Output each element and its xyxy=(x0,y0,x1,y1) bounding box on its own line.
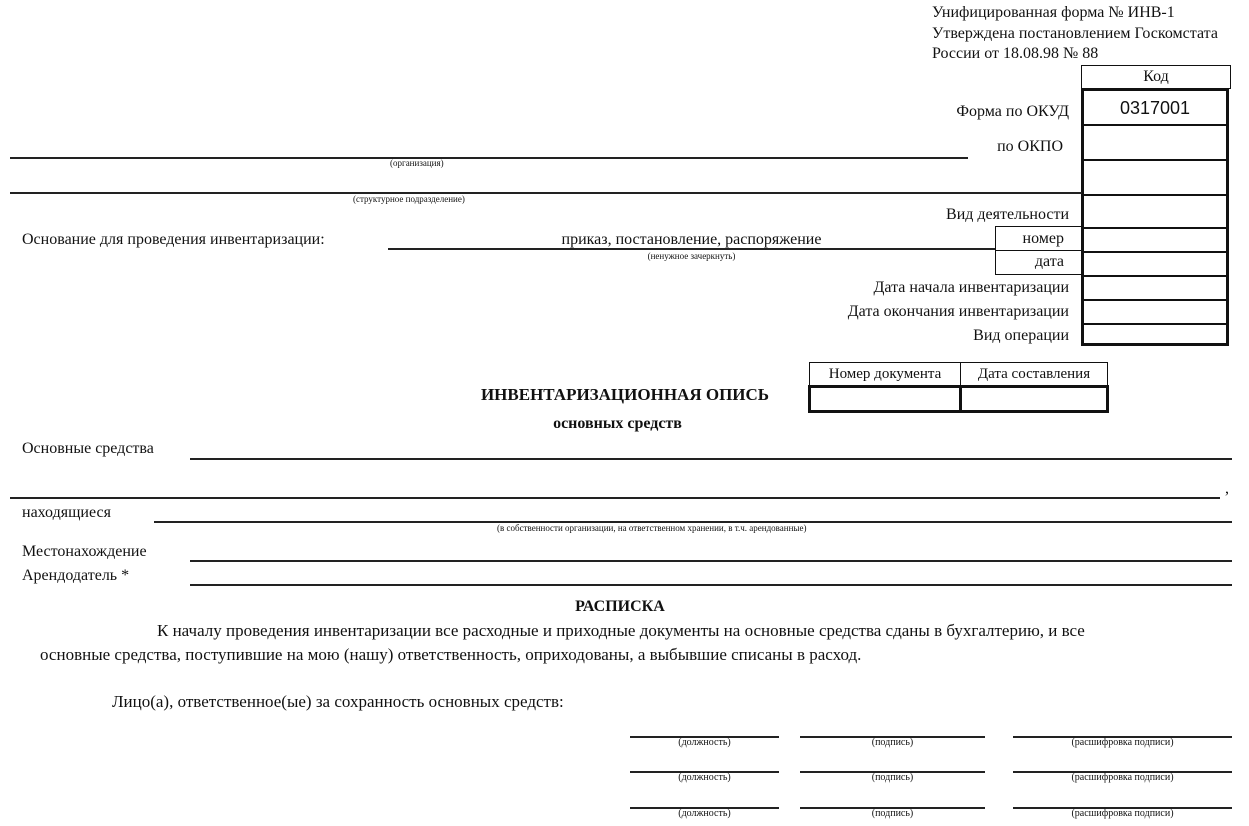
form-line-3: России от 18.08.98 № 88 xyxy=(932,45,1098,63)
okud-code-cell[interactable]: 0317001 xyxy=(1084,91,1226,126)
position-caption: (должность) xyxy=(630,808,779,819)
activity-code-cell[interactable] xyxy=(1084,196,1226,229)
signature-caption: (подпись) xyxy=(800,772,985,783)
position-caption: (должность) xyxy=(630,772,779,783)
okpo-code-cell[interactable] xyxy=(1084,126,1226,161)
located-caption: (в собственности организации, на ответст… xyxy=(497,523,806,533)
form-line-1: Унифицированная форма № ИНВ-1 xyxy=(932,4,1175,22)
signature-caption: (подпись) xyxy=(800,808,985,819)
activity-label: Вид деятельности xyxy=(946,206,1069,224)
receipt-text-line-1: К началу проведения инвентаризации все р… xyxy=(157,621,1085,641)
basis-number-cell[interactable] xyxy=(1084,229,1226,253)
end-date-cell[interactable] xyxy=(1084,301,1226,325)
comma: , xyxy=(1225,480,1229,498)
signature-caption: (подпись) xyxy=(800,737,985,748)
document-number-table: Номер документа Дата составления xyxy=(808,362,1109,413)
operation-type-label: Вид операции xyxy=(973,327,1069,345)
doc-number-header: Номер документа xyxy=(810,363,961,387)
department-field[interactable] xyxy=(10,192,1082,194)
organization-field[interactable] xyxy=(10,157,968,159)
okpo-label: по ОКПО xyxy=(997,138,1063,156)
location-label: Местонахождение xyxy=(22,543,147,561)
document-subtitle: основных средств xyxy=(440,415,795,433)
organization-caption: (организация) xyxy=(390,158,444,168)
signature-name-caption: (расшифровка подписи) xyxy=(1013,772,1232,783)
location-field[interactable] xyxy=(190,560,1232,562)
doc-date-cell[interactable] xyxy=(961,387,1108,412)
end-date-label: Дата окончания инвентаризации xyxy=(848,303,1069,321)
lessor-label: Арендодатель * xyxy=(22,567,129,585)
date-label: дата xyxy=(995,250,1082,275)
lessor-field[interactable] xyxy=(190,584,1232,586)
basis-label: Основание для проведения инвентаризации: xyxy=(22,231,325,249)
assets-field[interactable] xyxy=(190,458,1232,460)
okud-label: Форма по ОКУД xyxy=(956,103,1069,121)
start-date-cell[interactable] xyxy=(1084,277,1226,301)
code-header: Код xyxy=(1081,65,1231,89)
located-label: находящиеся xyxy=(22,504,111,522)
code-box: 0317001 xyxy=(1081,88,1229,346)
start-date-label: Дата начала инвентаризации xyxy=(874,279,1070,297)
dept-code-cell[interactable] xyxy=(1084,161,1226,196)
number-label: номер xyxy=(995,226,1082,251)
basis-value: приказ, постановление, распоряжение xyxy=(388,231,995,249)
basis-date-cell[interactable] xyxy=(1084,253,1226,277)
assets-label: Основные средства xyxy=(22,440,154,458)
responsible-label: Лицо(а), ответственное(ые) за сохранност… xyxy=(112,692,564,712)
basis-caption: (ненужное зачеркнуть) xyxy=(388,251,995,261)
receipt-title: РАСПИСКА xyxy=(520,598,720,616)
operation-type-cell[interactable] xyxy=(1084,325,1226,343)
receipt-text-line-2: основные средства, поступившие на мою (н… xyxy=(40,645,861,665)
doc-date-header: Дата составления xyxy=(961,363,1108,387)
form-line-2: Утверждена постановлением Госкомстата xyxy=(932,25,1218,43)
document-title: ИНВЕНТАРИЗАЦИОННАЯ ОПИСЬ xyxy=(440,385,810,405)
position-caption: (должность) xyxy=(630,737,779,748)
doc-number-cell[interactable] xyxy=(810,387,961,412)
signature-name-caption: (расшифровка подписи) xyxy=(1013,737,1232,748)
department-caption: (структурное подразделение) xyxy=(353,194,465,204)
signature-name-caption: (расшифровка подписи) xyxy=(1013,808,1232,819)
assets-field-continued[interactable] xyxy=(10,497,1220,499)
